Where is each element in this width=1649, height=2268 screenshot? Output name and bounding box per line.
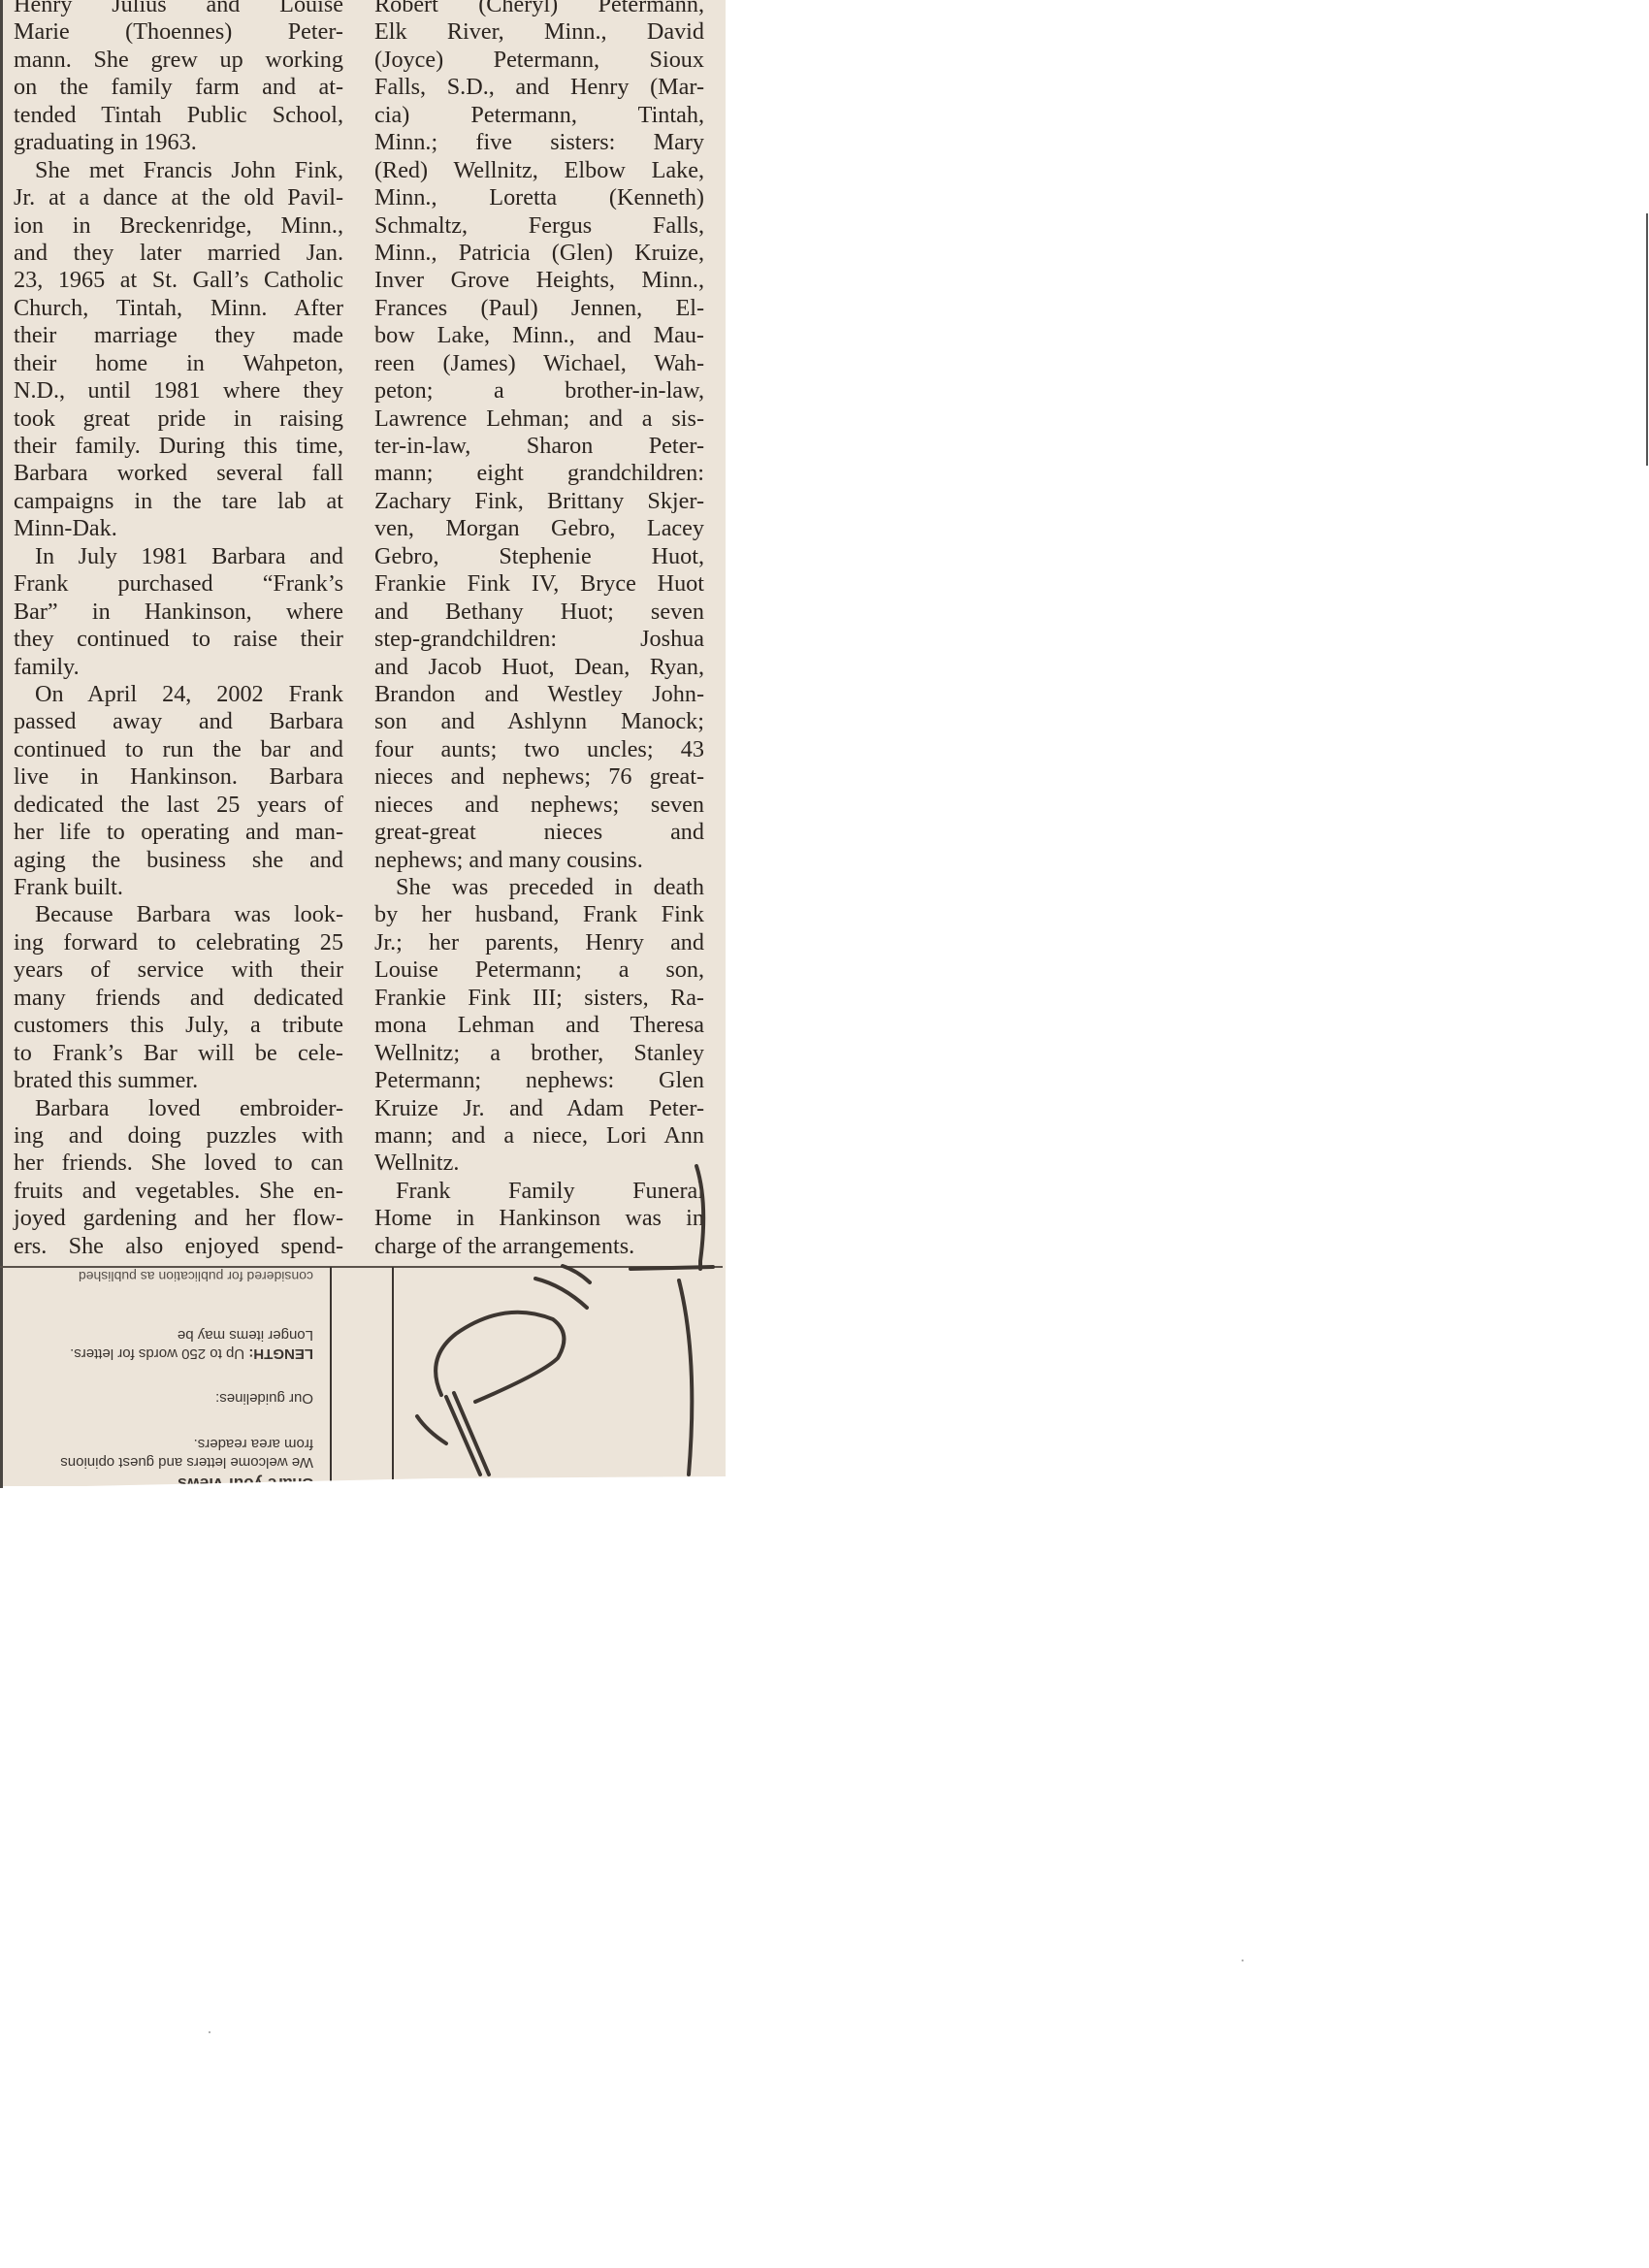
text-line: ing and doing puzzles with [14, 1122, 343, 1150]
text-line: nieces and nephews; 76 great- [374, 763, 704, 791]
text-line: and they later married Jan. [14, 240, 343, 267]
text-line: cia) Petermann, Tintah, [374, 102, 704, 129]
text-line: Frankie Fink III; sisters, Ra- [374, 985, 704, 1012]
text-line: Minn-Dak. [14, 515, 343, 542]
text-line: they continued to raise their [14, 626, 343, 653]
text-line: Marie (Thoennes) Peter- [14, 18, 343, 46]
text-line: their home in Wahpeton, [14, 350, 343, 377]
text-line: Frank built. [14, 874, 343, 901]
text-line: took great pride in raising [14, 405, 343, 433]
length-label: LENGTH: [248, 1345, 313, 1362]
newspaper-clipping: Henry Julius and LouiseMarie (Thoennes) … [0, 0, 726, 1486]
text-line: Falls, S.D., and Henry (Mar- [374, 74, 704, 101]
text-line: by her husband, Frank Fink [374, 901, 704, 928]
text-line: Brandon and Westley John- [374, 681, 704, 708]
text-line: ven, Morgan Gebro, Lacey [374, 515, 704, 542]
text-line: In July 1981 Barbara and [14, 543, 343, 570]
letters-guidelines-label: Our guidelines: [215, 1389, 313, 1408]
text-line: mann; and a niece, Lori Ann [374, 1122, 704, 1150]
text-line: nieces and nephews; seven [374, 792, 704, 819]
text-line: Frances (Paul) Jennen, El- [374, 295, 704, 322]
text-line: N.D., until 1981 where they [14, 377, 343, 405]
text-line: years of service with their [14, 956, 343, 984]
text-line: to Frank’s Bar will be cele- [14, 1040, 343, 1067]
letters-cut-line: considered for publication as published [22, 1267, 313, 1285]
text-line: mann. She grew up working [14, 47, 343, 74]
text-line: bow Lake, Minn., and Mau- [374, 322, 704, 349]
text-line: Because Barbara was look- [14, 901, 343, 928]
text-line: reen (James) Wichael, Wah- [374, 350, 704, 377]
text-line: ing forward to celebrating 25 [14, 929, 343, 956]
letters-length-guideline: LENGTH: Up to 250 words for letters. Lon… [42, 1326, 313, 1363]
text-line: mona Lehman and Theresa [374, 1012, 704, 1039]
text-line: Bar” in Hankinson, where [14, 599, 343, 626]
letters-welcome-text: We welcome letters and guest opinions fr… [42, 1435, 313, 1472]
text-line: Minn., Loretta (Kenneth) [374, 184, 704, 211]
text-line: aging the business she and [14, 847, 343, 874]
text-line: She was preceded in death [374, 874, 704, 901]
text-line: Jr.; her parents, Henry and [374, 929, 704, 956]
text-line: Minn., Patricia (Glen) Kruize, [374, 240, 704, 267]
text-line: great-great nieces and [374, 819, 704, 846]
text-line: Minn.; five sisters: Mary [374, 129, 704, 156]
text-line: Robert (Cheryl) Petermann, [374, 0, 704, 18]
text-line: tended Tintah Public School, [14, 102, 343, 129]
text-line: mann; eight grandchildren: [374, 460, 704, 487]
text-line: Gebro, Stephenie Huot, [374, 543, 704, 570]
text-line: customers this July, a tribute [14, 1012, 343, 1039]
text-line: joyed gardening and her flow- [14, 1205, 343, 1232]
text-line: Lawrence Lehman; and a sis- [374, 405, 704, 433]
text-line: Schmaltz, Fergus Falls, [374, 212, 704, 240]
text-line: She met Francis John Fink, [14, 157, 343, 184]
text-line: Barbara worked several fall [14, 460, 343, 487]
text-line: Petermann; nephews: Glen [374, 1067, 704, 1094]
text-line: her friends. She loved to can [14, 1150, 343, 1177]
text-line: On April 24, 2002 Frank [14, 681, 343, 708]
text-line: Kruize Jr. and Adam Peter- [374, 1095, 704, 1122]
text-line: graduating in 1963. [14, 129, 343, 156]
text-line: Frankie Fink IV, Bryce Huot [374, 570, 704, 598]
text-line: Henry Julius and Louise [14, 0, 343, 18]
text-line: brated this summer. [14, 1067, 343, 1094]
text-line: and Bethany Huot; seven [374, 599, 704, 626]
upside-down-letters-box: Share your views We welcome letters and … [10, 1268, 325, 1483]
text-line: (Joyce) Petermann, Sioux [374, 47, 704, 74]
text-line: Louise Petermann; a son, [374, 956, 704, 984]
text-line: Church, Tintah, Minn. After [14, 295, 343, 322]
text-line: Frank purchased “Frank’s [14, 570, 343, 598]
text-line: nephews; and many cousins. [374, 847, 704, 874]
text-line: her life to operating and man- [14, 819, 343, 846]
text-line: and Jacob Huot, Dean, Ryan, [374, 654, 704, 681]
text-line: on the family farm and at- [14, 74, 343, 101]
text-line: Jr. at a dance at the old Pavil- [14, 184, 343, 211]
text-line: ion in Breckenridge, Minn., [14, 212, 343, 240]
text-line: ers. She also enjoyed spend- [14, 1233, 343, 1260]
text-line: many friends and dedicated [14, 985, 343, 1012]
text-line: dedicated the last 25 years of [14, 792, 343, 819]
text-line: peton; a brother-in-law, [374, 377, 704, 405]
text-line: Inver Grove Heights, Minn., [374, 267, 704, 294]
text-line: their marriage they made [14, 322, 343, 349]
text-line: live in Hankinson. Barbara [14, 763, 343, 791]
scan-speck [209, 2031, 210, 2033]
text-line: continued to run the bar and [14, 736, 343, 763]
scan-speck [1242, 1960, 1244, 1961]
text-line: campaigns in the tare lab at [14, 488, 343, 515]
box-divider-rule-1 [330, 1267, 332, 1486]
scan-edge-line [1646, 213, 1648, 466]
text-line: their family. During this time, [14, 433, 343, 460]
text-line: (Red) Wellnitz, Elbow Lake, [374, 157, 704, 184]
cartoon-fragment-drawing [388, 1164, 727, 1494]
text-line: step-grandchildren: Joshua [374, 626, 704, 653]
text-line: Barbara loved embroider- [14, 1095, 343, 1122]
text-line: 23, 1965 at St. Gall’s Catholic [14, 267, 343, 294]
text-line: Wellnitz; a brother, Stanley [374, 1040, 704, 1067]
text-line: ter-in-law, Sharon Peter- [374, 433, 704, 460]
letters-heading: Share your views [178, 1474, 313, 1493]
text-line: fruits and vegetables. She en- [14, 1178, 343, 1205]
text-line: Elk River, Minn., David [374, 18, 704, 46]
text-line: four aunts; two uncles; 43 [374, 736, 704, 763]
text-line: family. [14, 654, 343, 681]
obituary-right-column: Robert (Cheryl) Petermann,Elk River, Min… [374, 0, 704, 1260]
text-line: Zachary Fink, Brittany Skjer- [374, 488, 704, 515]
clipping-left-edge [0, 0, 3, 1488]
text-line: son and Ashlynn Manock; [374, 708, 704, 735]
text-line: passed away and Barbara [14, 708, 343, 735]
obituary-left-column: Henry Julius and LouiseMarie (Thoennes) … [14, 0, 343, 1260]
